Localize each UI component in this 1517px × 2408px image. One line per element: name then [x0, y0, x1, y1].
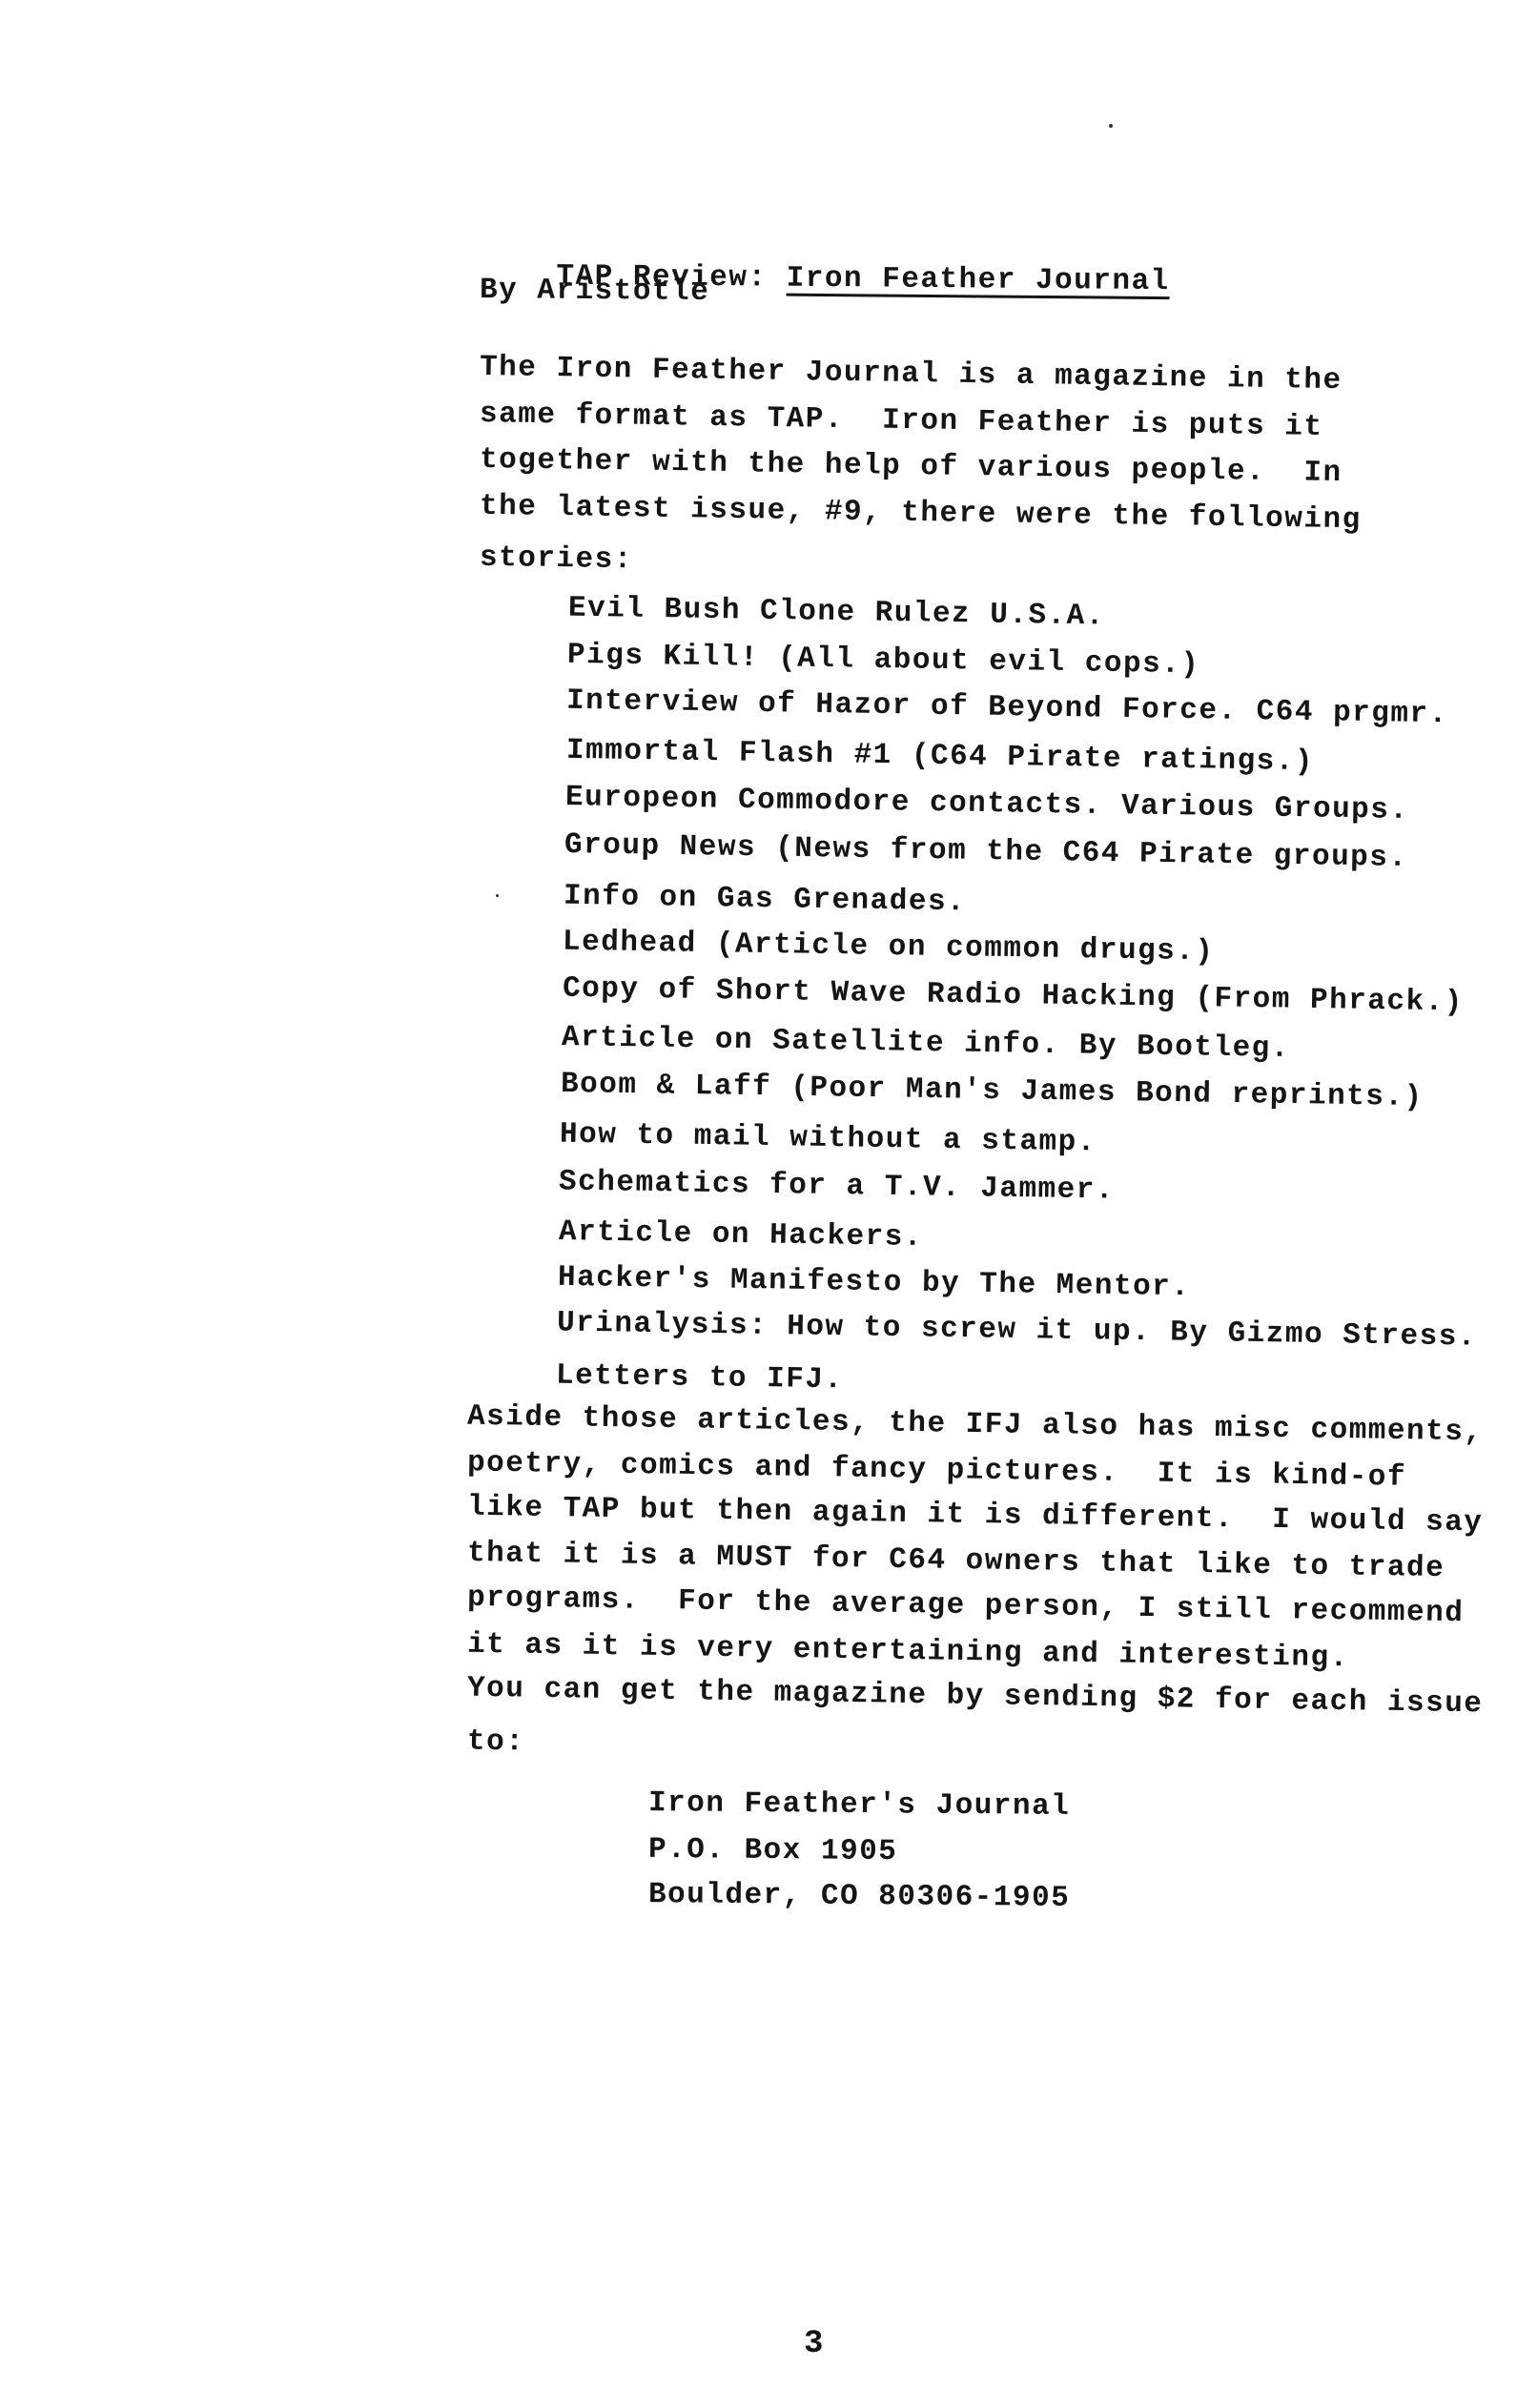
story-item: Article on Hackers.: [558, 1215, 922, 1255]
story-item: Immortal Flash #1 (C64 Pirate ratings.): [565, 733, 1313, 778]
address-line: Iron Feather's Journal: [648, 1786, 1071, 1824]
paragraph-line: The Iron Feather Journal is a magazine i…: [480, 351, 1343, 398]
address-line: P.O. Box 1905: [648, 1833, 898, 1868]
page-number: 3: [804, 2326, 823, 2362]
story-item: Boom & Laff (Poor Man's James Bond repri…: [561, 1068, 1424, 1114]
paragraph-line: together with the help of various people…: [480, 443, 1343, 490]
heading-title: Iron Feather Journal: [787, 262, 1170, 299]
byline: By Aristotle: [480, 274, 710, 309]
story-item: Info on Gas Grenades.: [564, 880, 967, 920]
story-item: Article on Satellite info. By Bootleg.: [562, 1021, 1290, 1066]
paragraph-line: stories:: [480, 541, 633, 578]
story-item: Evil Bush Clone Rulez U.S.A.: [568, 592, 1105, 634]
paragraph-line: Aside those articles, the IFJ also has m…: [467, 1400, 1484, 1450]
story-item: How to mail without a stamp.: [560, 1118, 1097, 1160]
paragraph-line: that it is a MUST for C64 owners that li…: [467, 1536, 1445, 1584]
paragraph-line: poetry, comics and fancy pictures. It is…: [467, 1446, 1406, 1494]
story-item: Hacker's Manifesto by The Mentor.: [558, 1261, 1191, 1304]
story-item: Ledhead (Article on common drugs.): [563, 926, 1215, 969]
story-item: Copy of Short Wave Radio Hacking (From P…: [562, 971, 1463, 1019]
story-item: Pigs Kill! (All about evil cops.): [567, 639, 1200, 682]
story-item: Europeon Commodore contacts. Various Gro…: [565, 781, 1409, 827]
paragraph-line: programs. For the average person, I stil…: [467, 1582, 1465, 1630]
story-item: Urinalysis: How to screw it up. By Gizmo…: [557, 1306, 1477, 1354]
paragraph-line: it as it is very entertaining and intere…: [467, 1627, 1349, 1675]
paragraph-line: the latest issue, #9, there were the fol…: [480, 489, 1362, 537]
story-item: Group News (News from the C64 Pirate gro…: [564, 828, 1408, 875]
story-item: Interview of Hazor of Beyond Force. C64 …: [566, 684, 1448, 732]
paragraph-line: to:: [467, 1724, 525, 1759]
paragraph-line: You can get the magazine by sending $2 f…: [467, 1672, 1484, 1722]
scan-speck: [496, 894, 499, 897]
address-line: Boulder, CO 80306-1905: [648, 1878, 1071, 1915]
story-item: Letters to IFJ.: [556, 1359, 844, 1398]
story-item: Schematics for a T.V. Jammer.: [559, 1166, 1115, 1208]
paragraph-line: same format as TAP. Iron Feather is puts…: [480, 398, 1323, 444]
scan-speck: [1109, 124, 1113, 128]
paragraph-line: like TAP but then again it is different.…: [467, 1491, 1484, 1541]
